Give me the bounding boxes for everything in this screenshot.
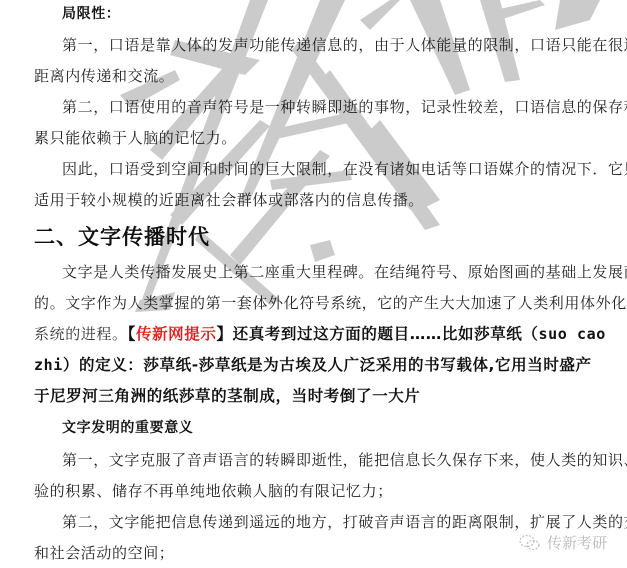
section-title-limitations: 局限性： — [62, 4, 120, 24]
hint-label: 传新网提示 — [136, 325, 217, 343]
paragraph-line-emphasis: 于尼罗河三角洲的纸莎草的茎制成，当时考倒了一大片 — [34, 386, 420, 406]
footer-brand-text: 传新考研 — [547, 532, 607, 553]
section-heading-writing-era: 二、文字传播时代 — [34, 224, 210, 250]
pinyin-text: suo cao — [539, 325, 606, 343]
paragraph-line: 验的积累、储存不再单纯地依赖人脑的有限记忆力； — [34, 481, 393, 501]
paragraph-line: 累只能依赖于人脑的记忆力。 — [34, 128, 237, 148]
paragraph-line: 和社会活动的空间； — [34, 543, 174, 563]
wechat-icon — [519, 534, 541, 552]
document-page: 局限性： 第一，口语是靠人体的发声功能传递信息的，由于人体能量的限制，口语只能在… — [0, 0, 627, 568]
paragraph-line: 的。文字作为人类掌握的第一套体外化符号系统，它的产生大大加速了人类利用体外化媒介 — [34, 293, 627, 313]
paragraph-line-with-hint: 系统的进程。【传新网提示】还真考到过这方面的题目……比如莎草纸（suo cao — [34, 324, 606, 344]
paragraph-line: 第一，文字克服了音声语言的转瞬即逝性，能把信息长久保存下来，使人类的知识、经 — [62, 450, 627, 470]
paragraph-line: 第二，口语使用的音声符号是一种转瞬即逝的事物，记录性较差，口语信息的保存和积 — [62, 97, 627, 117]
emphasis-text: 还真考到过这方面的题目……比如莎草纸（ — [233, 325, 539, 343]
paragraph-line: 第二，文字能把信息传递到遥远的地方，打破音声语言的距离限制，扩展了人类的交流 — [62, 512, 627, 532]
paragraph-line: 距离内传递和交流。 — [34, 66, 174, 86]
emphasis-text: ）的定义：莎草纸-莎草纸是为古埃及人广泛采用的书写载体,它用当时盛产 — [63, 356, 592, 374]
pinyin-text: zhi — [34, 356, 63, 374]
footer-brand: 传新考研 — [519, 532, 607, 553]
subheading-significance: 文字发明的重要意义 — [62, 418, 193, 438]
plain-text: 系统的进程。 — [34, 325, 128, 343]
paragraph-line: 第一，口语是靠人体的发声功能传递信息的，由于人体能量的限制，口语只能在很近的 — [62, 35, 627, 55]
hint-bracket-open: 【 — [128, 325, 136, 343]
paragraph-line-emphasis: zhi）的定义：莎草纸-莎草纸是为古埃及人广泛采用的书写载体,它用当时盛产 — [34, 355, 592, 375]
paragraph-line: 适用于较小规模的近距离社会群体或部落内的信息传播。 — [34, 190, 424, 210]
paragraph-line: 文字是人类传播发展史上第二座重大里程碑。在结绳符号、原始图画的基础上发展而来 — [62, 262, 627, 282]
paragraph-line: 因此，口语受到空间和时间的巨大限制，在没有诸如电话等口语媒介的情况下．它只能 — [62, 159, 627, 179]
hint-bracket-close: 】 — [216, 325, 232, 343]
